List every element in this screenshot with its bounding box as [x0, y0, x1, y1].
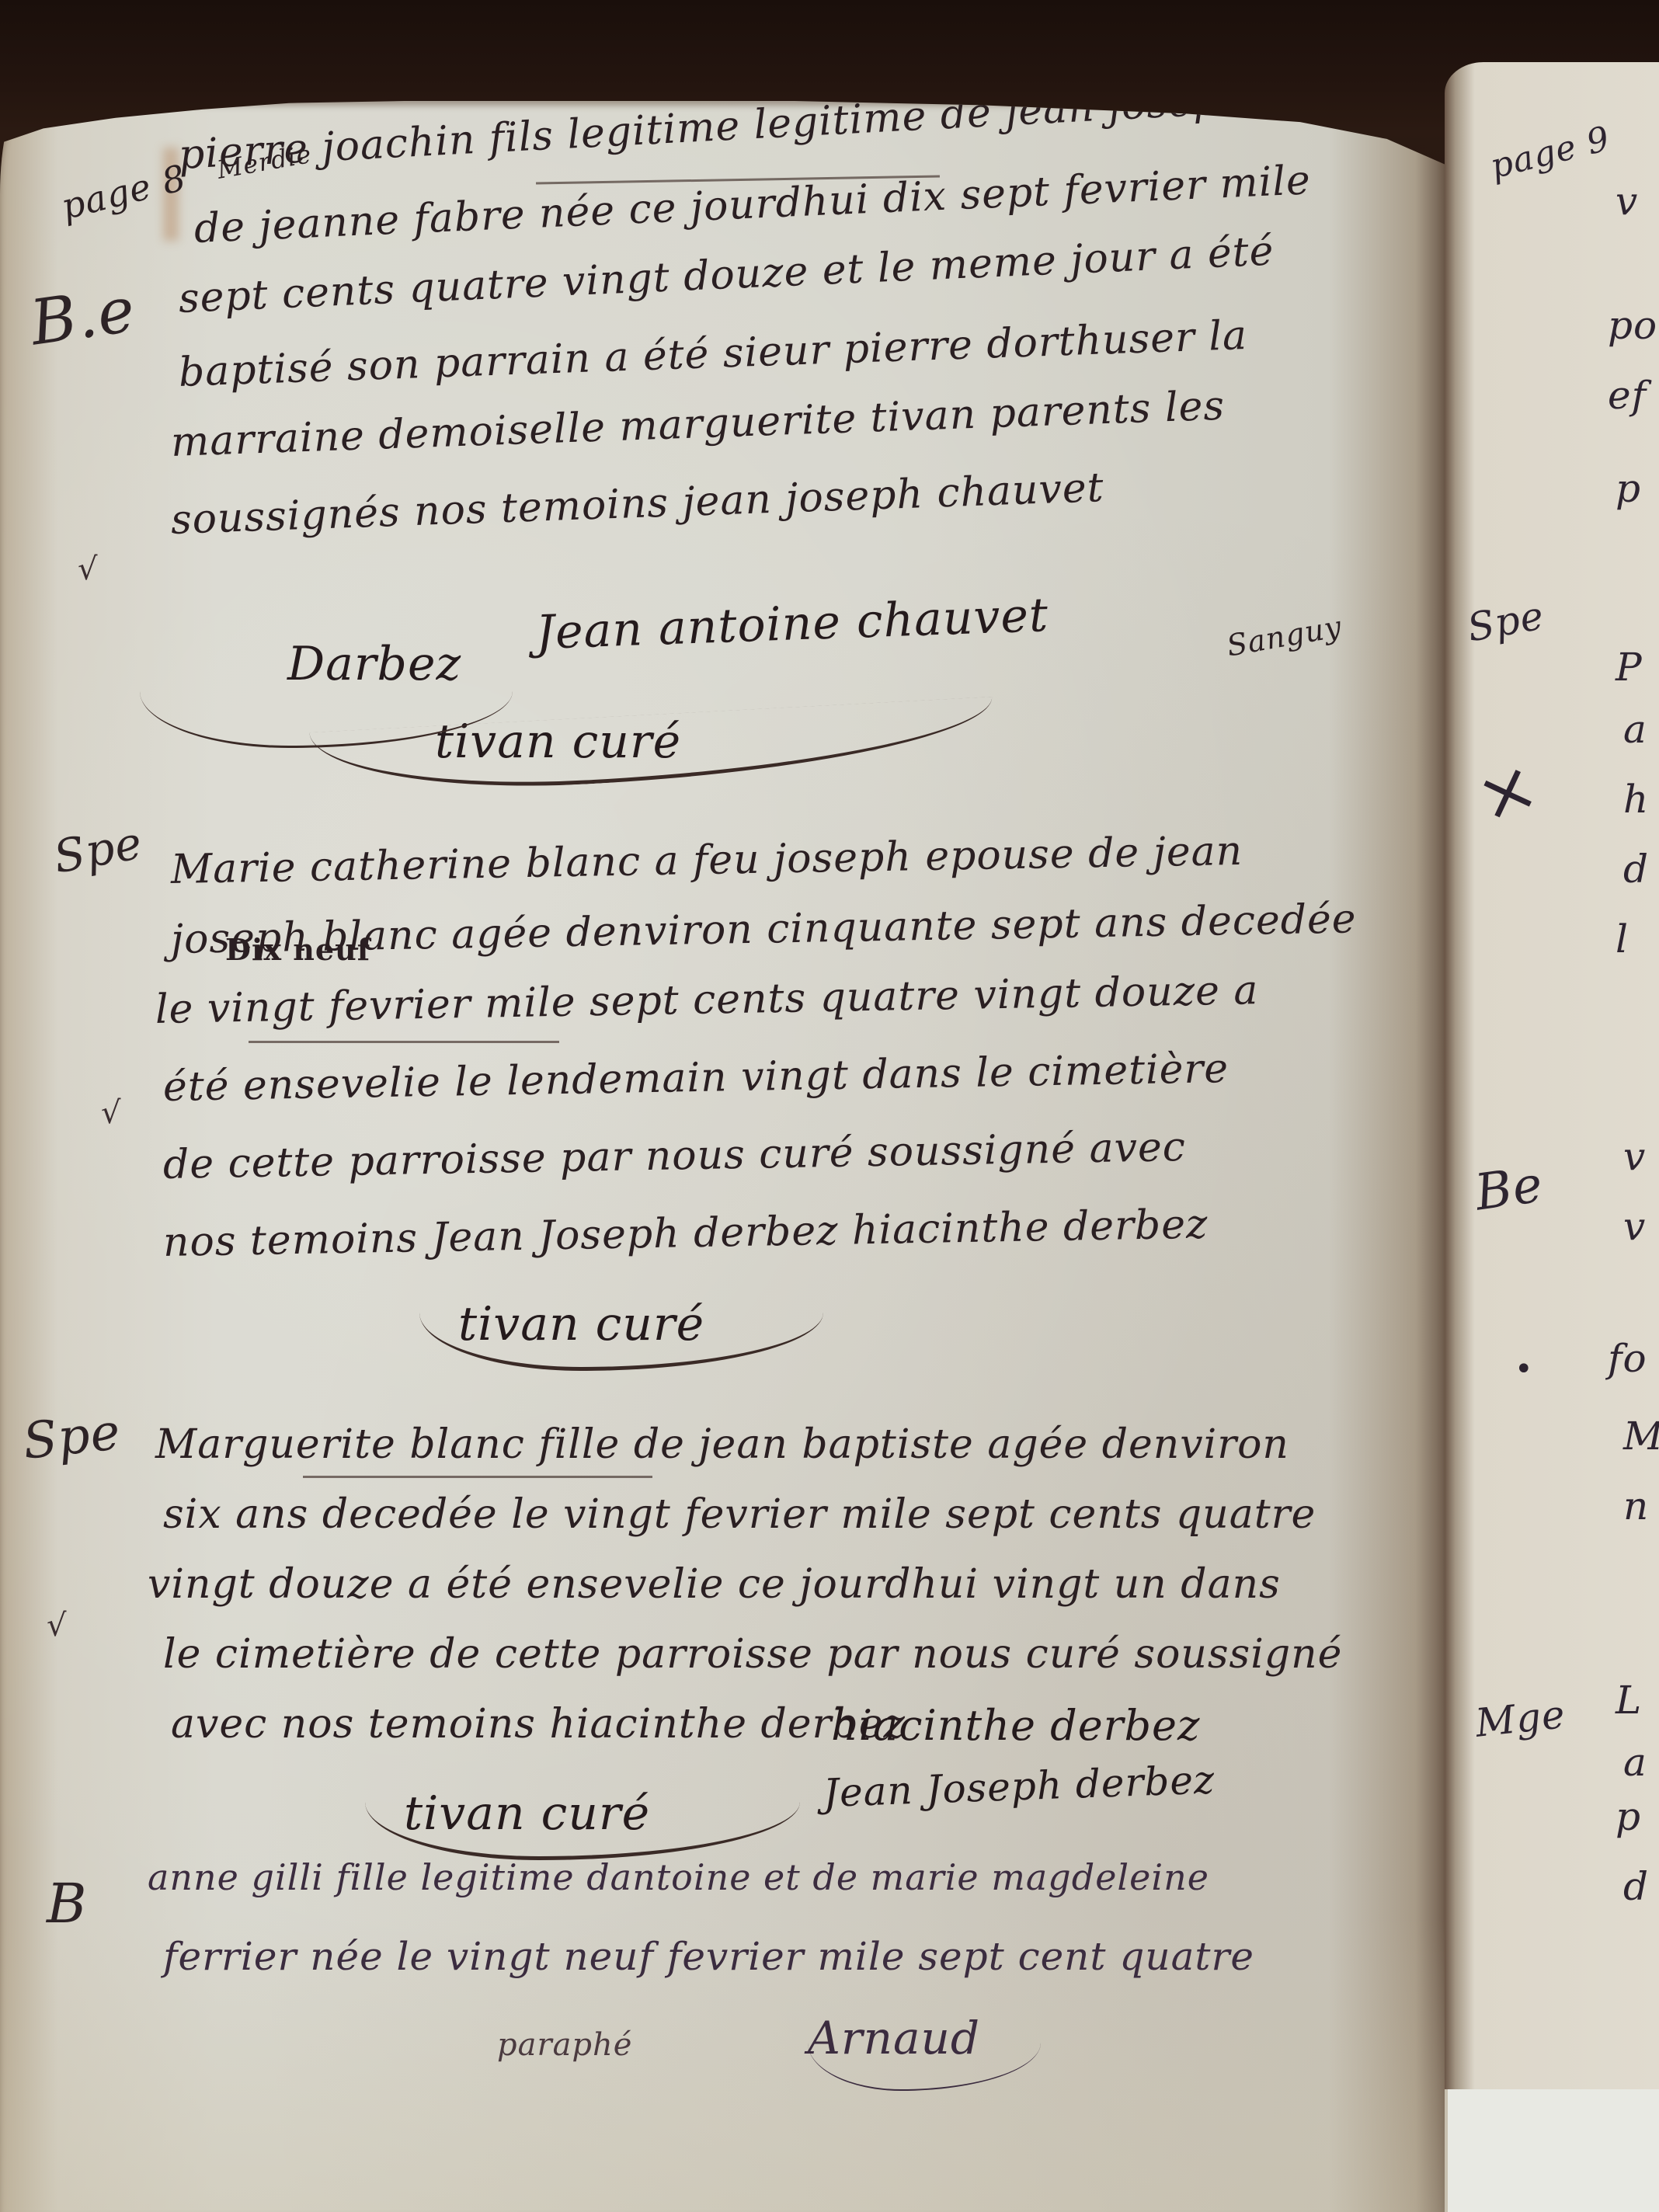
entry-line: nos temoins Jean Joseph derbez hiacinthe… — [162, 1202, 1208, 1266]
entry-line: vingt douze a été ensevelie ce jourdhui … — [148, 1561, 1281, 1608]
facing-line-start: h — [1623, 777, 1649, 822]
facing-line-start: v — [1623, 1204, 1646, 1249]
facing-margin-cross-mark: × — [1466, 743, 1549, 840]
facing-ink-blot: • — [1515, 1351, 1534, 1387]
entry-line: avec nos temoins hiacinthe derbez — [171, 1701, 906, 1748]
entry-line: baptisé son parrain a été sieur pierre d… — [178, 312, 1248, 396]
page-edge-underlay — [1443, 2089, 1659, 2212]
entry-line: six ans decedée le vingt fevrier mile se… — [163, 1491, 1316, 1538]
entry-line: le cimetière de cette parroisse par nous… — [163, 1631, 1342, 1678]
verification-tick: √ — [47, 1608, 67, 1643]
signature-sanguy: Sanguy — [1224, 609, 1344, 663]
facing-margin-note-bapteme: Be — [1472, 1156, 1546, 1222]
verification-tick: √ — [101, 1095, 121, 1131]
facing-line-start: a — [1623, 1740, 1647, 1785]
signature-jean-antoine-chauvet: Jean antoine chauvet — [535, 588, 1049, 660]
entry-line: joseph blanc agée denviron cinquante sep… — [170, 896, 1357, 963]
facing-line-start: v — [1616, 179, 1638, 224]
entry-line: anne gilli fille legitime dantoine et de… — [148, 1856, 1209, 1898]
facing-line-start: l — [1616, 916, 1629, 962]
verification-tick: √ — [78, 551, 98, 587]
entry-line: le vingt fevrier mile sept cents quatre … — [155, 967, 1258, 1033]
facing-line-start: L — [1616, 1678, 1642, 1723]
entry-line: ferrier née le vingt neuf fevrier mile s… — [163, 1934, 1254, 1979]
facing-line-start: d — [1623, 1864, 1649, 1909]
facing-line-start: d — [1623, 847, 1649, 892]
facing-line-start: n — [1623, 1483, 1649, 1529]
margin-note-sepulture: Spe — [50, 816, 146, 884]
register-page: page 8 B.e chauvet Merdie pierre joachin… — [0, 101, 1445, 2212]
strikethrough-line — [303, 1476, 652, 1478]
signature-flourish — [419, 1313, 823, 1371]
entry-line: été ensevelie le lendemain vingt dans le… — [162, 1045, 1229, 1111]
signature-darbez: Darbez — [287, 637, 461, 691]
facing-line-start: po — [1608, 303, 1657, 348]
entry-line: soussignés nos temoins jean joseph chauv… — [170, 464, 1105, 544]
facing-line-start: P — [1616, 645, 1643, 690]
margin-note-bapteme: B.e — [26, 273, 140, 360]
facing-margin-note-sepulture: Spe — [1464, 593, 1547, 650]
facing-line-start: p — [1616, 466, 1641, 511]
facing-line-start: ef — [1608, 373, 1647, 418]
entry-line: Marie catherine blanc a feu joseph epous… — [170, 828, 1243, 893]
entry-line: Marguerite blanc fille de jean baptiste … — [155, 1421, 1289, 1468]
entry-line: de cette parroisse par nous curé soussig… — [162, 1124, 1186, 1188]
facing-line-start: a — [1623, 707, 1647, 752]
facing-line-start: M — [1623, 1414, 1659, 1459]
margin-note-sepulture: Spe — [20, 1403, 123, 1471]
facing-line-start: v — [1623, 1134, 1646, 1179]
facing-margin-note-mariage: Mge — [1473, 1692, 1567, 1746]
entry-line: marraine demoiselle marguerite tivan par… — [170, 383, 1226, 466]
signature-hiacinthe-derbez: hiacinthe derbez — [831, 1701, 1200, 1750]
margin-note-bapteme: B — [47, 1872, 87, 1935]
facing-line-start: p — [1616, 1794, 1641, 1839]
signature-jean-joseph-derbez: Jean Joseph derbez — [823, 1757, 1216, 1816]
signature-flourish — [365, 1802, 800, 1860]
facing-page-number: page 9 — [1487, 119, 1614, 186]
facing-line-start: fo — [1608, 1336, 1647, 1381]
strikethrough-line — [249, 1041, 559, 1043]
paraphe-label: paraphé — [497, 2027, 632, 2063]
facing-page: page 9 Spe × Be • Mge v po ef p P a h d … — [1445, 62, 1659, 2097]
